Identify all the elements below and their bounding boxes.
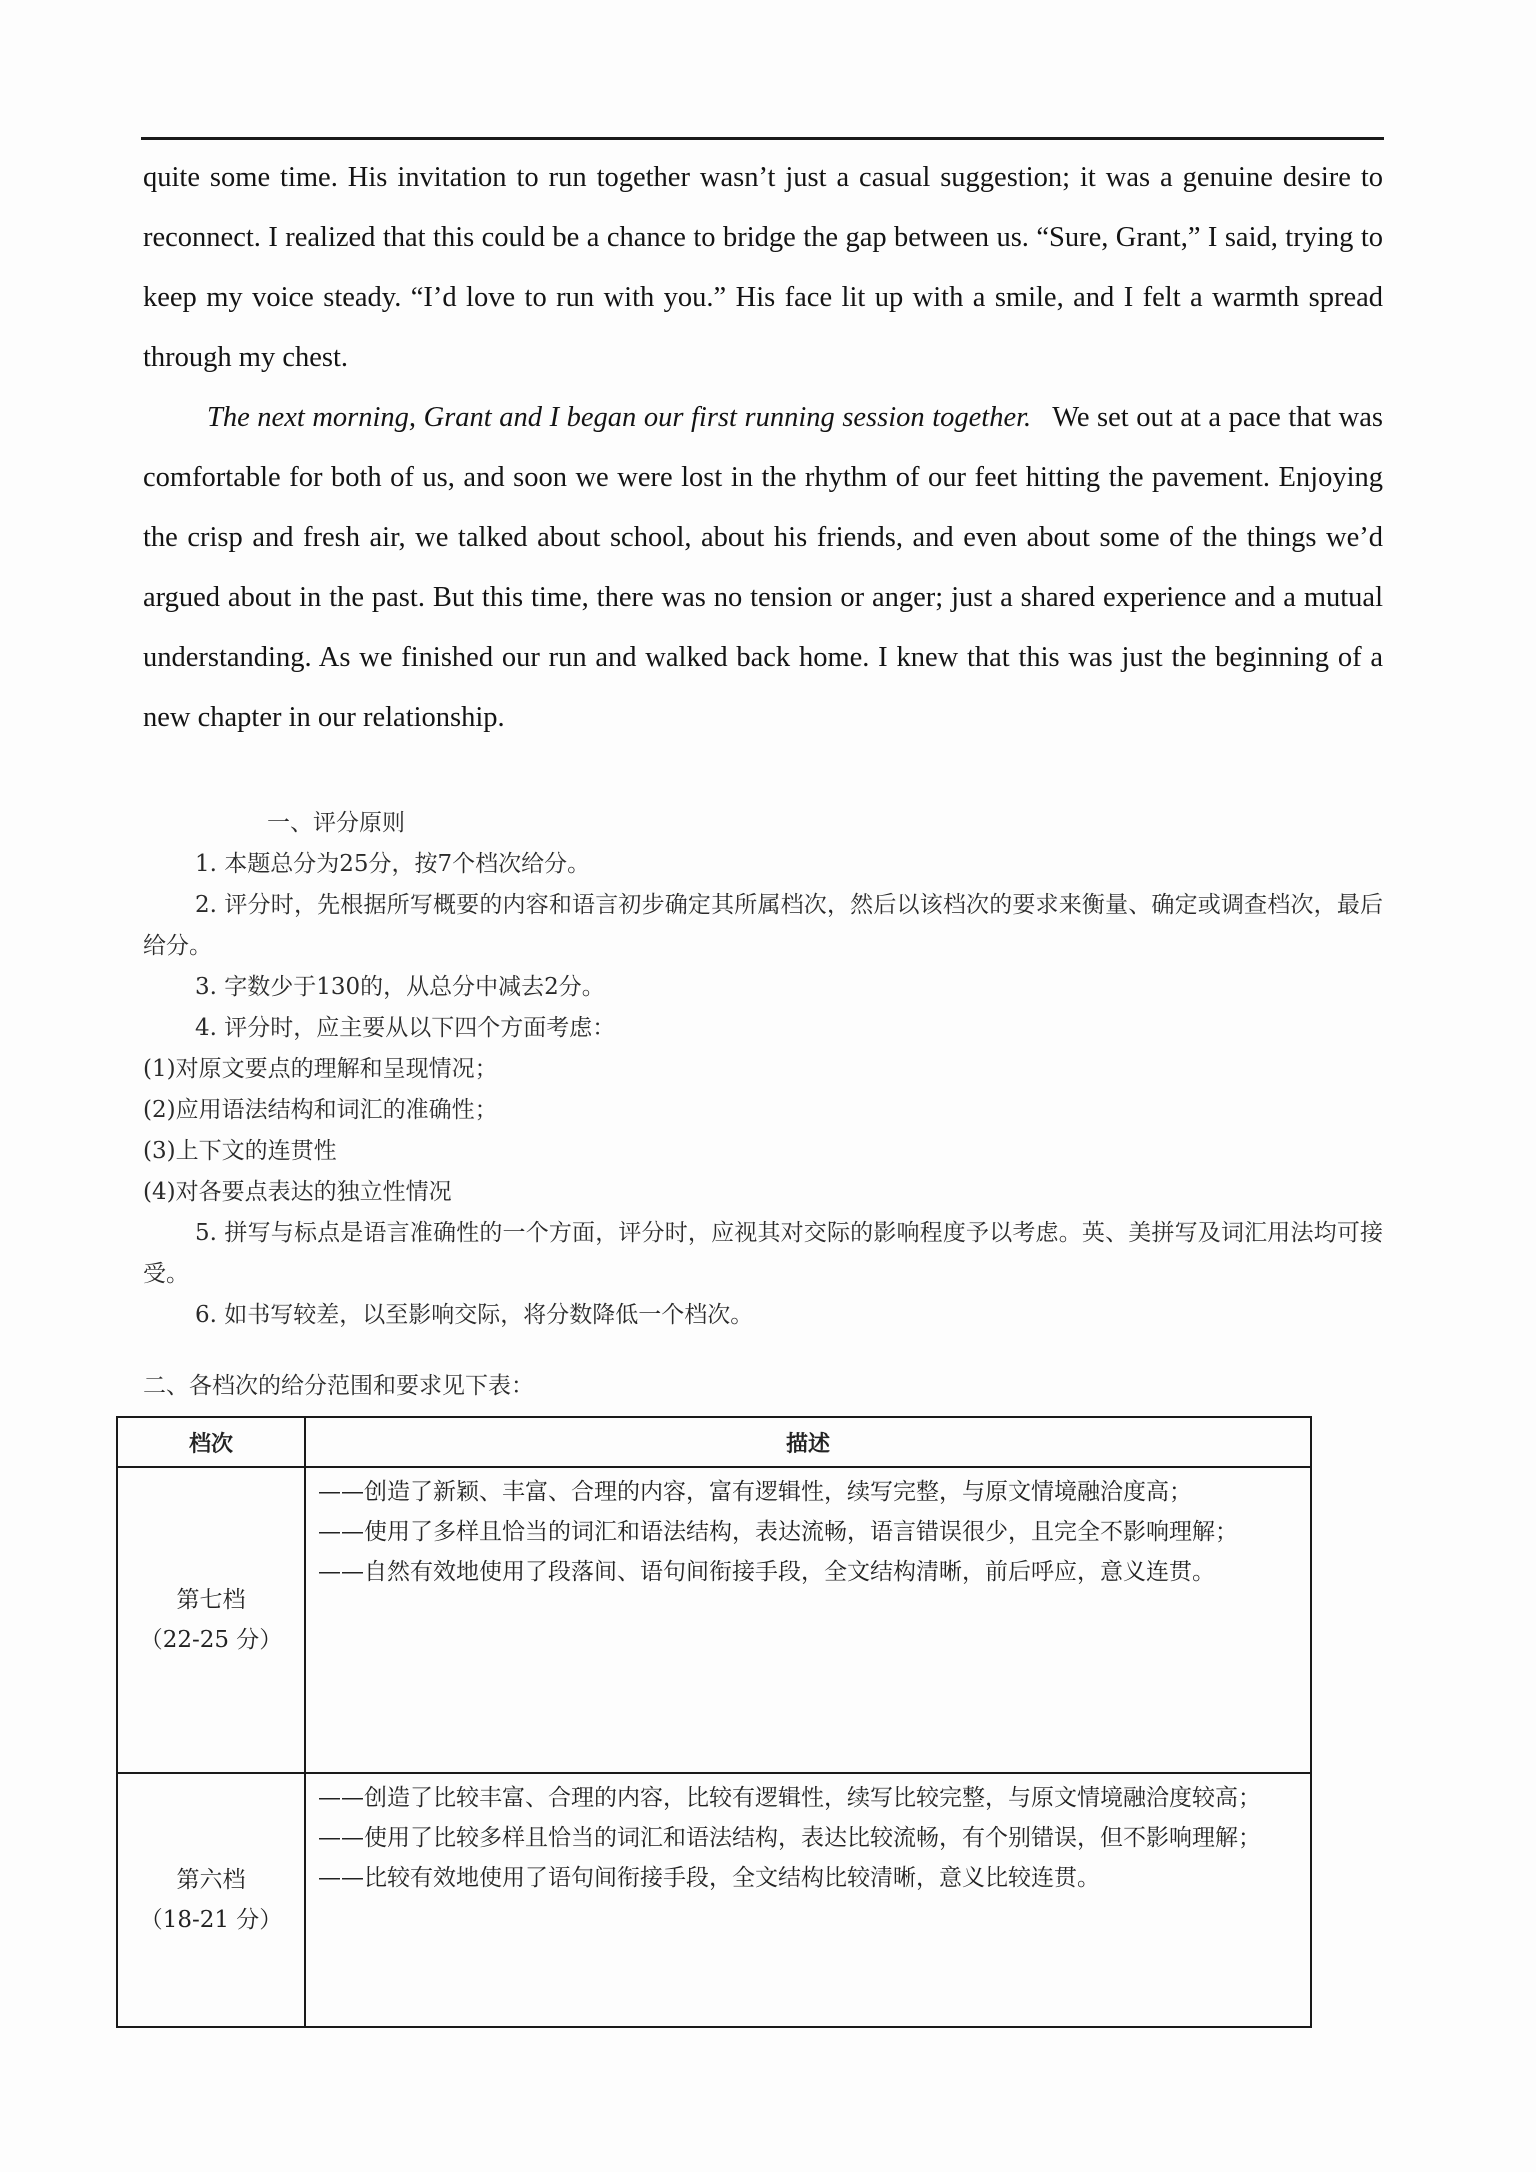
principle-4: 4. 评分时，应主要从以下四个方面考虑： bbox=[143, 1008, 1383, 1049]
description-cell: ——创造了新颖、丰富、合理的内容，富有逻辑性，续写完整，与原文情境融洽度高； —… bbox=[305, 1467, 1311, 1773]
principle-2: 2. 评分时，先根据所写概要的内容和语言初步确定其所属档次，然后以该档次的要求来… bbox=[143, 885, 1383, 967]
principle-3: 3. 字数少于130的，从总分中减去2分。 bbox=[143, 967, 1383, 1008]
principle-4-sub-1: (1)对原文要点的理解和呈现情况； bbox=[143, 1049, 1383, 1090]
grading-table: 档次 描述 第七档 （22-25 分） ——创造了新颖、丰富、合理的内容，富有逻… bbox=[116, 1416, 1312, 2028]
description-line: ——使用了多样且恰当的词汇和语法结构，表达流畅，语言错误很少，且完全不影响理解； bbox=[318, 1512, 1304, 1552]
principle-5: 5. 拼写与标点是语言准确性的一个方面，评分时，应视其对交际的影响程度予以考虑。… bbox=[143, 1213, 1383, 1295]
header-level: 档次 bbox=[117, 1417, 305, 1467]
principle-4-sub-2: (2)应用语法结构和词汇的准确性； bbox=[143, 1090, 1383, 1131]
level-name: 第六档 bbox=[118, 1860, 304, 1900]
header-description: 描述 bbox=[305, 1417, 1311, 1467]
section-2-heading: 二、各档次的给分范围和要求见下表： bbox=[143, 1368, 534, 1404]
paragraph-2-body: We set out at a pace that was comfortabl… bbox=[143, 402, 1383, 733]
document-page: quite some time. His invitation to run t… bbox=[0, 0, 1536, 2172]
description-line: ——使用了比较多样且恰当的词汇和语法结构，表达比较流畅，有个别错误，但不影响理解… bbox=[318, 1818, 1304, 1858]
principle-4-sub-4: (4)对各要点表达的独立性情况 bbox=[143, 1172, 1383, 1213]
scoring-principles: 一、评分原则 1. 本题总分为25分，按7个档次给分。 2. 评分时，先根据所写… bbox=[143, 803, 1383, 1336]
level-cell: 第七档 （22-25 分） bbox=[117, 1467, 305, 1773]
header-rule bbox=[141, 137, 1384, 140]
principle-4-sub-3: (3)上下文的连贯性 bbox=[143, 1131, 1383, 1172]
story-text: quite some time. His invitation to run t… bbox=[143, 148, 1383, 748]
level-range: （18-21 分） bbox=[118, 1900, 304, 1940]
principle-6: 6. 如书写较差，以至影响交际，将分数降低一个档次。 bbox=[143, 1295, 1383, 1336]
description-line: ——创造了比较丰富、合理的内容，比较有逻辑性，续写比较完整，与原文情境融洽度较高… bbox=[318, 1778, 1304, 1818]
principle-1: 1. 本题总分为25分，按7个档次给分。 bbox=[143, 844, 1383, 885]
table-header-row: 档次 描述 bbox=[117, 1417, 1311, 1467]
description-line: ——自然有效地使用了段落间、语句间衔接手段，全文结构清晰，前后呼应，意义连贯。 bbox=[318, 1552, 1304, 1592]
level-name: 第七档 bbox=[118, 1580, 304, 1620]
italic-lead-sentence: The next morning, Grant and I began our … bbox=[207, 402, 1031, 433]
level-range: （22-25 分） bbox=[118, 1620, 304, 1660]
description-cell: ——创造了比较丰富、合理的内容，比较有逻辑性，续写比较完整，与原文情境融洽度较高… bbox=[305, 1773, 1311, 2027]
table-row: 第七档 （22-25 分） ——创造了新颖、丰富、合理的内容，富有逻辑性，续写完… bbox=[117, 1467, 1311, 1773]
description-line: ——创造了新颖、丰富、合理的内容，富有逻辑性，续写完整，与原文情境融洽度高； bbox=[318, 1472, 1304, 1512]
description-line: ——比较有效地使用了语句间衔接手段，全文结构比较清晰，意义比较连贯。 bbox=[318, 1858, 1304, 1898]
section-1-heading: 一、评分原则 bbox=[143, 803, 1383, 844]
level-cell: 第六档 （18-21 分） bbox=[117, 1773, 305, 2027]
story-paragraph-2: The next morning, Grant and I began our … bbox=[143, 388, 1383, 748]
story-paragraph-1: quite some time. His invitation to run t… bbox=[143, 148, 1383, 388]
table-row: 第六档 （18-21 分） ——创造了比较丰富、合理的内容，比较有逻辑性，续写比… bbox=[117, 1773, 1311, 2027]
